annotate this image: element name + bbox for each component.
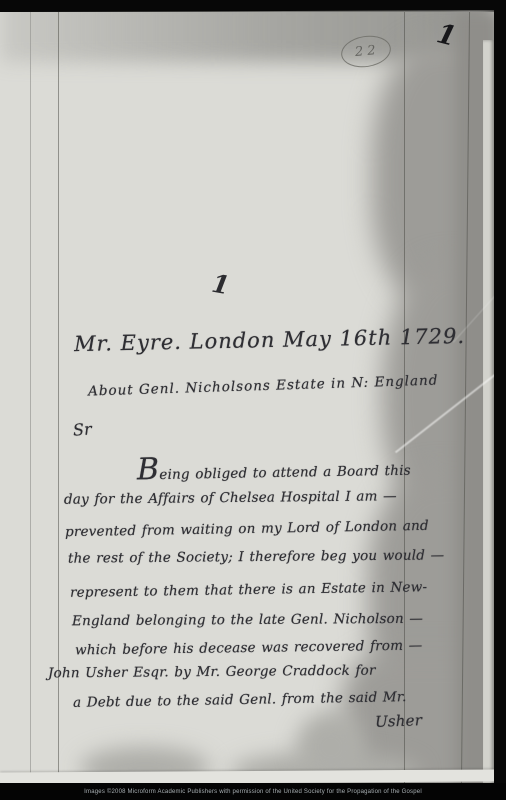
folio-number-text: 22: [352, 43, 381, 60]
manuscript-scan: 22 1 1 Mr. Eyre. London May 16th 1729. A…: [0, 0, 506, 800]
manuscript-line: Being obliged to attend a Board this: [137, 448, 411, 488]
letter-signature-name: Usher: [375, 711, 423, 731]
microfilm-frame-bottom: Images ©2008 Microform Academic Publishe…: [0, 783, 506, 800]
copyright-notice: Images ©2008 Microform Academic Publishe…: [84, 789, 422, 795]
manuscript-line: the rest of the Society; I therefore beg…: [68, 547, 444, 566]
margin-rule-right-inner: [404, 12, 405, 783]
letter-salutation: Sr: [72, 419, 92, 439]
microfilm-frame-right: [494, 0, 506, 800]
microfilm-frame-top: [0, 0, 506, 12]
binding-spine-shading: [8, 12, 31, 783]
manuscript-line: England belonging to the late Genl. Nich…: [72, 611, 423, 629]
manuscript-line: John Usher Esqr. by Mr. George Craddock …: [48, 663, 376, 682]
page-edge-highlight: [483, 40, 494, 783]
